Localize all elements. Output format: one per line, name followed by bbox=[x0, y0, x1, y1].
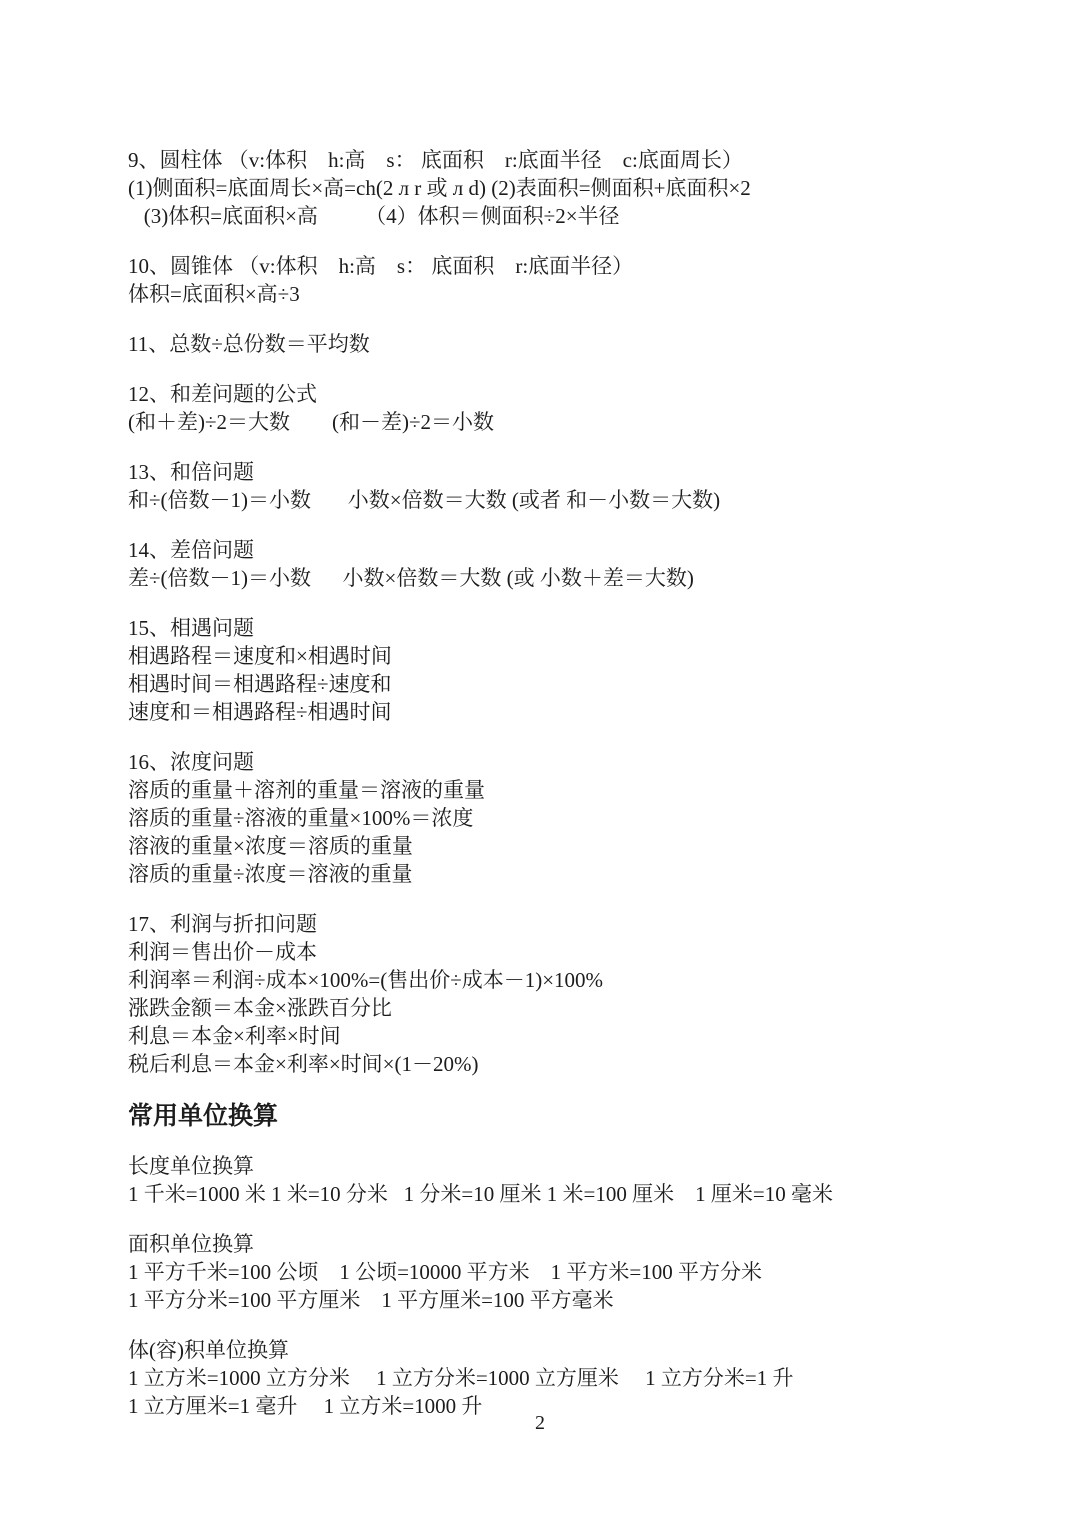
text-line: (和＋差)÷2＝大数 (和－差)÷2＝小数 bbox=[128, 408, 1043, 436]
text-line: 利息＝本金×利率×时间 bbox=[128, 1022, 1043, 1050]
text-line: 涨跌金额＝本金×涨跌百分比 bbox=[128, 994, 1043, 1022]
text-line: 14、差倍问题 bbox=[128, 536, 1043, 564]
section-17-profit-discount: 17、利润与折扣问题利润＝售出价－成本利润率＝利润÷成本×100%=(售出价÷成… bbox=[128, 910, 1043, 1078]
text-line: 11、总数÷总份数＝平均数 bbox=[128, 330, 1043, 358]
text-line: 1 平方分米=100 平方厘米 1 平方厘米=100 平方毫米 bbox=[128, 1286, 1043, 1314]
section-area-units: 面积单位换算1 平方千米=100 公顷 1 公顷=10000 平方米 1 平方米… bbox=[128, 1230, 1043, 1314]
section-16-concentration: 16、浓度问题溶质的重量＋溶剂的重量＝溶液的重量溶质的重量÷溶液的重量×100%… bbox=[128, 748, 1043, 888]
text-line: 差÷(倍数－1)＝小数 小数×倍数＝大数 (或 小数＋差＝大数) bbox=[128, 564, 1043, 592]
text-line: 10、圆锥体 （v:体积 h:高 s： 底面积 r:底面半径） bbox=[128, 252, 1043, 280]
section-15-meeting: 15、相遇问题相遇路程＝速度和×相遇时间相遇时间＝相遇路程÷速度和速度和＝相遇路… bbox=[128, 614, 1043, 726]
text-line: 1 千米=1000 米 1 米=10 分米 1 分米=10 厘米 1 米=100… bbox=[128, 1180, 1043, 1208]
text-line: 溶质的重量＋溶剂的重量＝溶液的重量 bbox=[128, 776, 1043, 804]
text-line: (1)侧面积=底面周长×高=ch(2 л r 或 л d) (2)表面积=侧面积… bbox=[128, 174, 1043, 202]
text-line: 溶液的重量×浓度＝溶质的重量 bbox=[128, 832, 1043, 860]
document-page: 9、圆柱体 （v:体积 h:高 s： 底面积 r:底面半径 c:底面周长）(1)… bbox=[0, 0, 1080, 1528]
text-line: 16、浓度问题 bbox=[128, 748, 1043, 776]
text-line: 1 平方千米=100 公顷 1 公顷=10000 平方米 1 平方米=100 平… bbox=[128, 1258, 1043, 1286]
text-line: 长度单位换算 bbox=[128, 1152, 1043, 1180]
text-line: 溶质的重量÷浓度＝溶液的重量 bbox=[128, 860, 1043, 888]
text-line: 利润率＝利润÷成本×100%=(售出价÷成本－1)×100% bbox=[128, 966, 1043, 994]
text-line: 相遇路程＝速度和×相遇时间 bbox=[128, 642, 1043, 670]
text-line: 体积=底面积×高÷3 bbox=[128, 280, 1043, 308]
section-volume-units: 体(容)积单位换算1 立方米=1000 立方分米 1 立方分米=1000 立方厘… bbox=[128, 1336, 1043, 1420]
section-12-sum-difference: 12、和差问题的公式(和＋差)÷2＝大数 (和－差)÷2＝小数 bbox=[128, 380, 1043, 436]
text-line: 溶质的重量÷溶液的重量×100%＝浓度 bbox=[128, 804, 1043, 832]
text-line: 体(容)积单位换算 bbox=[128, 1336, 1043, 1364]
text-line: 1 立方米=1000 立方分米 1 立方分米=1000 立方厘米 1 立方分米=… bbox=[128, 1364, 1043, 1392]
text-line: 17、利润与折扣问题 bbox=[128, 910, 1043, 938]
text-line: 和÷(倍数－1)＝小数 小数×倍数＝大数 (或者 和－小数＝大数) bbox=[128, 486, 1043, 514]
section-13-sum-multiple: 13、和倍问题和÷(倍数－1)＝小数 小数×倍数＝大数 (或者 和－小数＝大数) bbox=[128, 458, 1043, 514]
text-line: 速度和＝相遇路程÷相遇时间 bbox=[128, 698, 1043, 726]
section-14-difference-multiple: 14、差倍问题差÷(倍数－1)＝小数 小数×倍数＝大数 (或 小数＋差＝大数) bbox=[128, 536, 1043, 592]
document-content: 9、圆柱体 （v:体积 h:高 s： 底面积 r:底面半径 c:底面周长）(1)… bbox=[128, 146, 1043, 1442]
section-heading: 常用单位换算 bbox=[128, 1100, 1043, 1134]
section-9-cylinder: 9、圆柱体 （v:体积 h:高 s： 底面积 r:底面半径 c:底面周长）(1)… bbox=[128, 146, 1043, 230]
text-line: (3)体积=底面积×高 （4）体积＝侧面积÷2×半径 bbox=[128, 202, 1043, 230]
section-length-units: 长度单位换算1 千米=1000 米 1 米=10 分米 1 分米=10 厘米 1… bbox=[128, 1152, 1043, 1208]
text-line: 13、和倍问题 bbox=[128, 458, 1043, 486]
section-heading-unit-conversion: 常用单位换算 bbox=[128, 1100, 1043, 1134]
text-line: 税后利息＝本金×利率×时间×(1－20%) bbox=[128, 1050, 1043, 1078]
text-line: 12、和差问题的公式 bbox=[128, 380, 1043, 408]
text-line: 面积单位换算 bbox=[128, 1230, 1043, 1258]
text-line: 15、相遇问题 bbox=[128, 614, 1043, 642]
text-line: 9、圆柱体 （v:体积 h:高 s： 底面积 r:底面半径 c:底面周长） bbox=[128, 146, 1043, 174]
section-11-average: 11、总数÷总份数＝平均数 bbox=[128, 330, 1043, 358]
text-line: 利润＝售出价－成本 bbox=[128, 938, 1043, 966]
section-10-cone: 10、圆锥体 （v:体积 h:高 s： 底面积 r:底面半径）体积=底面积×高÷… bbox=[128, 252, 1043, 308]
page-number: 2 bbox=[0, 1410, 1080, 1436]
text-line: 相遇时间＝相遇路程÷速度和 bbox=[128, 670, 1043, 698]
